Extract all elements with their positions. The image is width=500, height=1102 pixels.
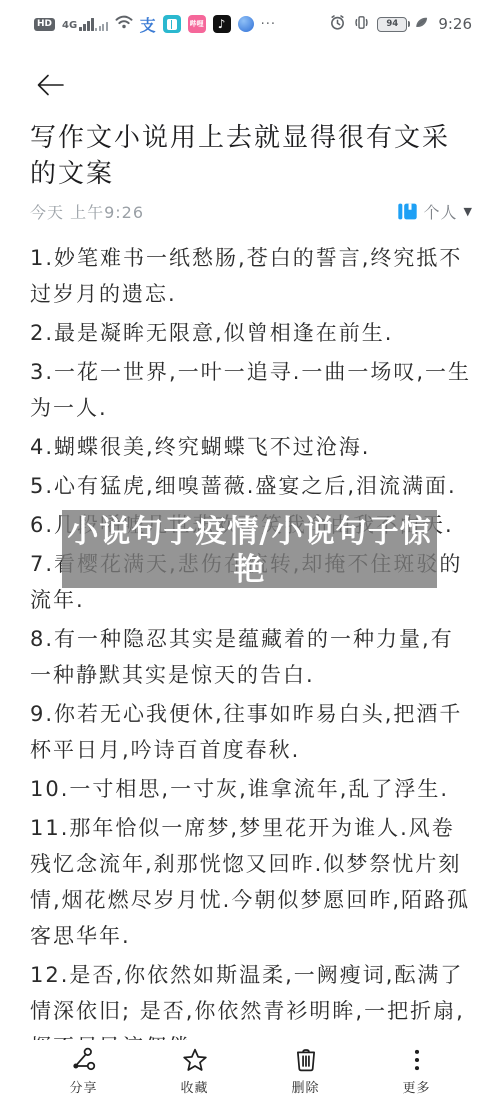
- vibrate-icon: [353, 14, 370, 35]
- pink-app-icon: 哔哩: [188, 15, 206, 33]
- battery-icon: 94: [377, 17, 407, 32]
- note-timestamp: 今天 上午9:26: [30, 200, 144, 223]
- folder-selector[interactable]: 个人 ▼: [397, 200, 472, 223]
- status-overflow-icon: ···: [261, 17, 276, 32]
- note-item: 11.那年恰似一席梦,梦里花开为谁人.风卷残忆念流年,刹那恍惚又回昨.似梦祭忧片…: [30, 810, 473, 954]
- note-item: 10.一寸相思,一寸灰,谁拿流年,乱了浮生.: [30, 771, 473, 807]
- delete-label: 删除: [291, 1077, 319, 1096]
- network-type-label: 4G: [62, 20, 77, 31]
- alipay-icon: 支: [140, 13, 156, 36]
- note-item: 4.蝴蝶很美,终究蝴蝶飞不过沧海.: [30, 429, 473, 465]
- note-item: 6.几段唏嘘几世悲欢可笑我命由我不由天.: [30, 507, 473, 543]
- more-label: 更多: [402, 1077, 430, 1096]
- more-icon: [404, 1047, 430, 1073]
- notebook-icon: [397, 201, 418, 222]
- wifi-icon: [115, 14, 133, 34]
- more-button[interactable]: 更多: [382, 1047, 452, 1096]
- favorite-icon: [182, 1047, 208, 1073]
- battery-percent: 94: [386, 19, 398, 29]
- share-button[interactable]: 分享: [49, 1047, 119, 1096]
- note-list[interactable]: 1.妙笔难书一纸愁肠,苍白的誓言,终究抵不过岁月的遗忘.2.最是凝眸无限意,似曾…: [30, 240, 473, 1102]
- note-item: 9.你若无心我便休,往事如昨易白头,把酒千杯平日月,吟诗百首度春秋.: [30, 696, 473, 768]
- signal-bars-sim2-icon: [95, 22, 108, 31]
- note-detail-screen: HD 4G 支 哔哩 ♪ ···: [0, 0, 500, 1102]
- signal-bars-icon: [79, 18, 94, 31]
- share-label: 分享: [69, 1077, 97, 1096]
- network-indicator: 4G: [62, 18, 108, 31]
- note-item: 1.妙笔难书一纸愁肠,苍白的誓言,终究抵不过岁月的遗忘.: [30, 240, 473, 312]
- hd-badge: HD: [34, 18, 55, 31]
- note-item: 2.最是凝眸无限意,似曾相逢在前生.: [30, 315, 473, 351]
- status-bar-right: 94 9:26: [329, 14, 472, 35]
- reader-app-icon: [163, 15, 181, 33]
- delete-icon: [293, 1047, 319, 1073]
- note-item: 8.有一种隐忍其实是蕴藏着的一种力量,有一种静默其实是惊天的告白.: [30, 621, 473, 693]
- note-item: 5.心有猛虎,细嗅蔷薇.盛宴之后,泪流满面.: [30, 468, 473, 504]
- status-bar: HD 4G 支 哔哩 ♪ ···: [0, 10, 500, 38]
- favorite-label: 收藏: [180, 1077, 208, 1096]
- status-bar-left: HD 4G 支 哔哩 ♪ ···: [34, 13, 276, 36]
- tiktok-icon: ♪: [213, 15, 231, 33]
- favorite-button[interactable]: 收藏: [160, 1047, 230, 1096]
- power-saving-leaf-icon: [414, 15, 429, 34]
- delete-button[interactable]: 删除: [271, 1047, 341, 1096]
- note-item: 7.看樱花满天,悲伤在流转,却掩不住斑驳的流年.: [30, 546, 473, 618]
- share-icon: [71, 1047, 97, 1073]
- browser-app-icon: [238, 16, 254, 32]
- note-item: 3.一花一世界,一叶一追寻.一曲一场叹,一生为一人.: [30, 354, 473, 426]
- alarm-icon: [329, 14, 346, 35]
- note-meta-row: 今天 上午9:26 个人 ▼: [30, 198, 472, 224]
- bottom-toolbar: 分享 收藏 删除 更多: [0, 1040, 500, 1102]
- chevron-down-icon: ▼: [464, 205, 472, 218]
- note-title[interactable]: 写作文小说用上去就显得很有文采的文案: [30, 120, 472, 192]
- clock-time: 9:26: [438, 15, 472, 33]
- back-button[interactable]: [33, 68, 67, 102]
- folder-label: 个人: [424, 200, 458, 223]
